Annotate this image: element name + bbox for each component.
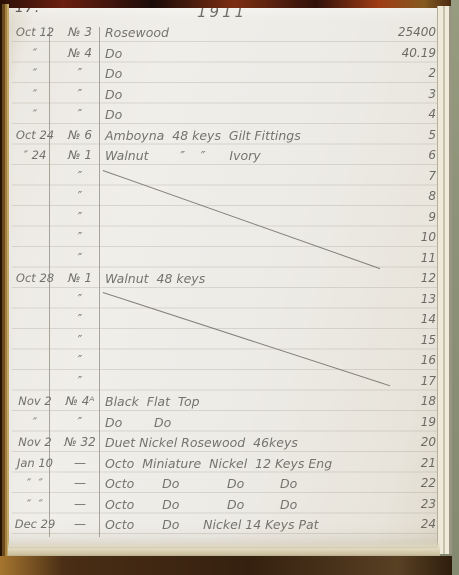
ledger-row: ″ 8 [12, 187, 438, 208]
entry-line-value: 10 [356, 230, 436, 244]
entry-line-value: 8 [356, 189, 436, 203]
entry-number: ″ [54, 374, 106, 388]
entry-number: ″ [54, 292, 106, 306]
entry-date: Oct 12 [12, 25, 58, 39]
entry-number: № 1 [54, 148, 106, 162]
ledger-rows: Oct 12 № 3 Rosewood 25400 ″ № 4 Do 40.19… [12, 23, 438, 536]
entry-description: Walnut ″ ″ Ivory [105, 148, 261, 163]
entry-description: Do [105, 87, 122, 102]
entry-number: ″ [54, 415, 106, 429]
entry-date: Dec 29 [12, 517, 58, 531]
entry-number: ″ [54, 107, 106, 121]
entry-number: — [54, 517, 106, 531]
ledger-row: ″ 7 [12, 166, 438, 187]
entry-line-value: 5 [356, 128, 436, 142]
ledger-photo: 17. 1911 Oct 12 № 3 Rosewood 25400 ″ № 4… [0, 0, 459, 575]
book-cover-top-edge [0, 0, 451, 8]
entry-line-value: 3 [356, 87, 436, 101]
entry-line-value: 19 [356, 415, 436, 429]
entry-line-value: 2 [356, 66, 436, 80]
entry-date: ″ [12, 87, 58, 101]
entry-description: Do Do [105, 415, 171, 430]
entry-date: ″ ″ [12, 476, 58, 490]
ledger-row: ″ ″ — Octo Do Do Do 22 [12, 474, 438, 495]
entry-line-value: 11 [356, 251, 436, 265]
page-stack-right-edge [437, 6, 452, 554]
entry-description: Amboyna 48 keys Gilt Fittings [105, 128, 301, 143]
entry-line-value: 40.19 [356, 46, 436, 60]
ledger-row: ″ 13 [12, 289, 438, 310]
entry-description: Octo Do Do Do [105, 476, 297, 491]
entry-description: Octo Do Nickel 14 Keys Pat [105, 517, 319, 532]
ledger-row: ″ ″ Do Do 19 [12, 412, 438, 433]
entry-number: — [54, 456, 106, 470]
ledger-row: Oct 24 № 6 Amboyna 48 keys Gilt Fittings… [12, 125, 438, 146]
entry-date: Oct 28 [12, 271, 58, 285]
entry-number: № 6 [54, 128, 106, 142]
ledger-row: Jan 10 — Octo Miniature Nickel 12 Keys E… [12, 453, 438, 474]
ledger-row: ″ ″ Do 3 [12, 84, 438, 105]
book-cover-bottom-edge [0, 556, 452, 575]
entry-number: ″ [54, 251, 106, 265]
entry-date: Oct 24 [12, 128, 58, 142]
entry-line-value: 25400 [356, 25, 436, 39]
ledger-row: ″ 10 [12, 228, 438, 249]
entry-line-value: 12 [356, 271, 436, 285]
entry-description: Rosewood [105, 25, 169, 40]
entry-date: ″ [12, 46, 58, 60]
entry-line-value: 23 [356, 497, 436, 511]
entry-date: Nov 2 [12, 435, 58, 449]
ledger-row: ″ 16 [12, 351, 438, 372]
entry-date: Jan 10 [12, 456, 58, 470]
ledger-row: ″ 15 [12, 330, 438, 351]
entry-line-value: 16 [356, 353, 436, 367]
entry-number: № 3 [54, 25, 106, 39]
entry-line-value: 22 [356, 476, 436, 490]
entry-line-value: 18 [356, 394, 436, 408]
ledger-row: Oct 28 № 1 Walnut 48 keys 12 [12, 269, 438, 290]
entry-number: № 1 [54, 271, 106, 285]
ledger-row: ″ 24 № 1 Walnut ″ ″ Ivory 6 [12, 146, 438, 167]
entry-date: ″ 24 [12, 148, 58, 162]
entry-line-value: 4 [356, 107, 436, 121]
entry-number: ″ [54, 87, 106, 101]
entry-description: Octo Miniature Nickel 12 Keys Eng [105, 456, 332, 471]
ledger-row: ″ № 4 Do 40.19 [12, 43, 438, 64]
ledger-row: Nov 2 № 4ᴬ Black Flat Top 18 [12, 392, 438, 413]
entry-description: Walnut 48 keys [105, 271, 205, 286]
entry-date: Nov 2 [12, 394, 58, 408]
entry-line-value: 17 [356, 374, 436, 388]
ledger-row: Dec 29 — Octo Do Nickel 14 Keys Pat 24 [12, 515, 438, 536]
entry-line-value: 21 [356, 456, 436, 470]
entry-number: № 4ᴬ [54, 394, 106, 408]
ledger-row: Oct 12 № 3 Rosewood 25400 [12, 23, 438, 44]
entry-number: ″ [54, 353, 106, 367]
entry-number: № 4 [54, 46, 106, 60]
entry-number: ″ [54, 189, 106, 203]
entry-line-value: 14 [356, 312, 436, 326]
entry-date: ″ [12, 107, 58, 121]
ledger-row: ″ 14 [12, 310, 438, 331]
entry-number: ″ [54, 169, 106, 183]
entry-number: № 32 [54, 435, 106, 449]
entry-number: ″ [54, 333, 106, 347]
entry-number: ″ [54, 66, 106, 80]
entry-description: Black Flat Top [105, 394, 200, 409]
ledger-row: ″ ″ Do 4 [12, 105, 438, 126]
entry-number: ″ [54, 312, 106, 326]
entry-line-value: 20 [356, 435, 436, 449]
entry-date: ″ ″ [12, 497, 58, 511]
entry-line-value: 13 [356, 292, 436, 306]
book-binding-left-edge [0, 4, 9, 564]
entry-line-value: 15 [356, 333, 436, 347]
entry-line-value: 6 [356, 148, 436, 162]
ledger-row: Nov 2 № 32 Duet Nickel Rosewood 46keys 2… [12, 433, 438, 454]
entry-description: Duet Nickel Rosewood 46keys [105, 435, 298, 450]
entry-description: Do [105, 107, 122, 122]
entry-description: Do [105, 66, 122, 81]
entry-line-value: 7 [356, 169, 436, 183]
ledger-row: ″ ″ — Octo Do Do Do 23 [12, 494, 438, 515]
entry-number: — [54, 497, 106, 511]
entry-line-value: 9 [356, 210, 436, 224]
entry-line-value: 24 [356, 517, 436, 531]
entry-date: ″ [12, 66, 58, 80]
entry-date: ″ [12, 415, 58, 429]
ledger-row: ″ ″ Do 2 [12, 64, 438, 85]
entry-number: — [54, 476, 106, 490]
entry-number: ″ [54, 210, 106, 224]
entry-description: Do [105, 46, 122, 61]
ledger-row: ″ 9 [12, 207, 438, 228]
entry-number: ″ [54, 230, 106, 244]
entry-description: Octo Do Do Do [105, 497, 297, 512]
